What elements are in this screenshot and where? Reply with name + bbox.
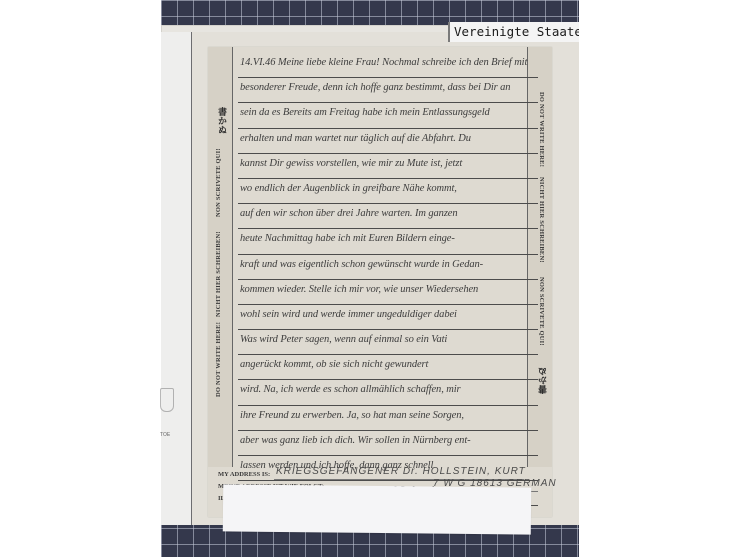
letter-line: erhalten und man wartet nur täglich auf … (238, 129, 538, 154)
letter-line: angerückt kommt, ob sie sich nicht gewun… (238, 355, 538, 380)
letter-line: heute Nachmittag habe ich mit Euren Bild… (238, 229, 538, 254)
left-margin-rule (232, 47, 233, 467)
right-margin-text-de: NICHT HIER SCHREIBEN! (538, 177, 545, 263)
stamp-fragment-text: TOE (160, 432, 170, 438)
letter-line: auf den wir schon über drei Jahre warten… (238, 204, 538, 229)
letter-line: 14.VI.46 Meine liebe kleine Frau! Nochma… (238, 53, 538, 78)
country-label: Vereinigte Staate (448, 22, 579, 42)
address-label-en: MY ADDRESS IS: (218, 471, 270, 478)
left-margin-text-de: NICHT HIER SCHREIBEN! (215, 231, 222, 317)
album-page-left-strip (161, 32, 192, 525)
handwritten-lines: 14.VI.46 Meine liebe kleine Frau! Nochma… (238, 53, 538, 531)
letter-line: kraft und was eigentlich schon gewünscht… (238, 255, 538, 280)
letter-line: ihre Freund zu erwerben. Ja, so hat man … (238, 406, 538, 431)
pow-letter-form: 書かぬ NON SCRIVETE QUI! NICHT HIER SCHREIB… (208, 47, 552, 517)
left-margin-text-it: NON SCRIVETE QUI! (215, 148, 222, 217)
letter-line: Was wird Peter sagen, wenn auf einmal so… (238, 330, 538, 355)
right-margin-text-it: NON SCRIVETE QUI! (538, 277, 545, 346)
letter-line: wo endlich der Augenblick in greifbare N… (238, 179, 538, 204)
cjk-warning-mark: 書かぬ (216, 107, 229, 134)
letter-line: sein da es Bereits am Freitag habe ich m… (238, 103, 538, 128)
cover-paper-strip (223, 484, 531, 534)
letter-line: kommen wieder. Stelle ich mir vor, wie u… (238, 280, 538, 305)
left-margin: 書かぬ NON SCRIVETE QUI! NICHT HIER SCHREIB… (208, 47, 232, 467)
letter-line: aber was ganz lieb ich dich. Wir sollen … (238, 431, 538, 456)
letter-line: wird. Na, ich werde es schon allmählich … (238, 380, 538, 405)
right-margin-text-en: DO NOT WRITE HERE! (538, 92, 545, 167)
left-margin-text-en: DO NOT WRITE HERE! (215, 322, 222, 397)
letter-line: kannst Dir gewiss vorstellen, wie mir zu… (238, 154, 538, 179)
letter-line: wohl sein wird und werde immer ungeduldi… (238, 305, 538, 330)
letter-line: besonderer Freude, denn ich hoffe ganz b… (238, 78, 538, 103)
address-line-1: KRIEGSGEFANGENER Dr. HOLLSTEIN, KURT (276, 466, 526, 477)
shield-stamp-icon (160, 388, 174, 412)
